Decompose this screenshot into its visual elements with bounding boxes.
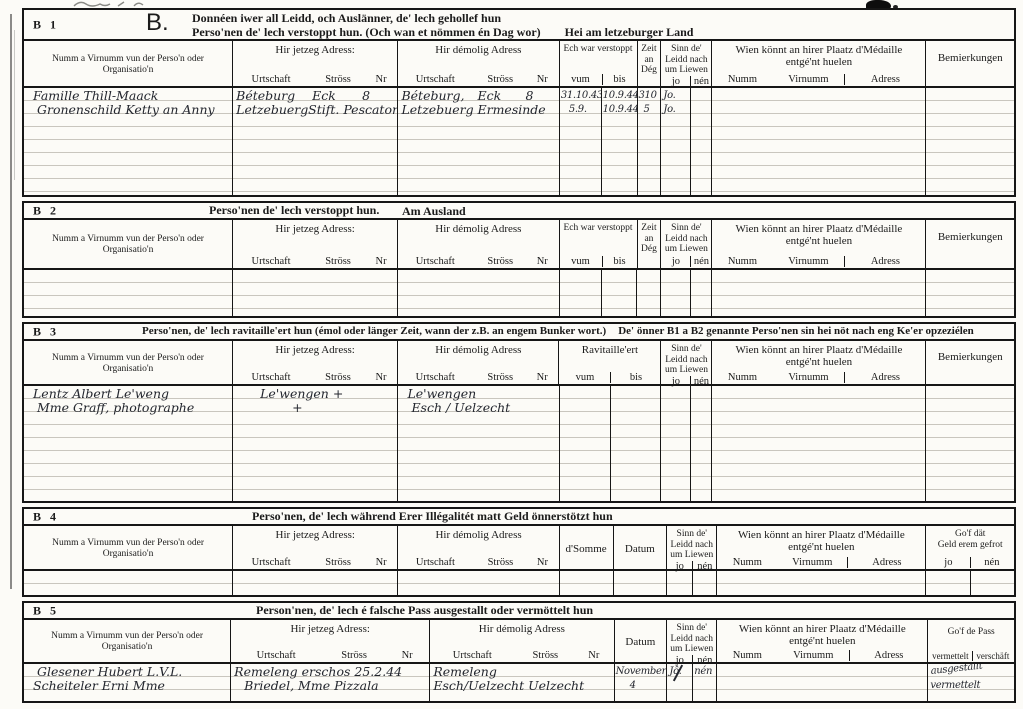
scanned-form-page: B 1 B. Donnéen iwer all Leidd, och Auslä…: [0, 0, 1023, 709]
b3-cell-name: Lentz Albert Le'weng Mme Graff, photogra…: [24, 386, 233, 501]
b4-cell-somme: [560, 571, 614, 595]
b2-cell-sinn-jo: [661, 270, 691, 316]
col-header-zeit-an-deg: ZeitanDég: [638, 41, 662, 86]
col-header-jetzeg-adress: Hir jetzeg Adress: UrtschaftStrössNr: [233, 220, 398, 268]
b3-cell-wien: [712, 386, 926, 501]
b1-cell-wien: [712, 88, 926, 195]
col-header-sinn-leidd: Sinn de'Leidd nachum Liewen jonén: [661, 220, 712, 268]
col-header-jetzeg-adress: Hir jetzeg Adress: UrtschaftStrössNr: [233, 526, 398, 569]
b3-cell-sinn-jo: [661, 386, 691, 501]
hw-entry: 8: [362, 89, 370, 103]
hw-entry: 5: [639, 103, 660, 117]
section-b2-id: B 2: [33, 203, 59, 218]
section-b1-band: B 1 B. Donnéen iwer all Leidd, och Auslä…: [24, 10, 1014, 41]
b1-cell-sinn-jo: Jo. Jo.: [661, 88, 691, 195]
hw-entry: November: [616, 665, 666, 679]
b5-cell-datum: November 4: [615, 664, 668, 701]
hw-entry: Ermesinde: [477, 103, 545, 117]
section-b3-id: B 3: [33, 324, 59, 339]
section-b5-id: B 5: [33, 603, 59, 618]
b3-cell-sinn-nen: [691, 386, 712, 501]
section-b5-column-headers: Numm a Virnumm vun der Perso'n oder Orga…: [24, 620, 1014, 664]
b2-cell-bis: [602, 270, 638, 316]
section-b4-id: B 4: [33, 509, 59, 524]
b4-cell-name: [24, 571, 233, 595]
section-b4: B 4 Perso'nen, de' lech während Erer Ill…: [22, 507, 1016, 597]
b4-cell-sinn-nen: [693, 571, 717, 595]
b2-cell-demolig: [398, 270, 559, 316]
b5-cell-name: Glesener Hubert L.V.L. Scheiteler Erni M…: [24, 664, 231, 701]
col-header-wien-medaille: Wien könnt an hirer Plaatz d'Médaille en…: [717, 620, 928, 662]
b4-cell-gof-geld: [926, 571, 1014, 595]
b3-cell-vum: [560, 386, 611, 501]
b5-cell-wien: [717, 664, 928, 701]
hw-entry: Remeleng erschos 25.2.44: [234, 665, 426, 679]
hw-entry: 5.9.: [561, 103, 600, 117]
b3-cell-bis: [611, 386, 662, 501]
b5-cell-sinn-nen: nén: [693, 664, 717, 701]
hw-entry: 31.10.43: [561, 89, 600, 103]
section-b2-title-right: Am Ausland: [402, 204, 466, 219]
b4-cell-sinn-jo: [667, 571, 693, 595]
col-header-name: Numm a Virnumm vun der Perso'n oder Orga…: [24, 341, 233, 384]
section-b2-band: B 2 Perso'nen de' lech verstoppt hun. Am…: [24, 203, 1014, 220]
col-header-datum: Datum: [615, 620, 668, 662]
col-header-name: Numm a Virnumm vun der Perso'n oder Orga…: [24, 220, 233, 268]
col-header-name: Numm a Virnumm vun der Perso'n oder Orga…: [24, 526, 233, 569]
hw-entry: Scheiteler Erni Mme: [27, 679, 227, 693]
section-b4-data-grid: [24, 571, 1014, 595]
col-header-demolig-adress: Hir démolig Adress UrtschaftStrössNr: [398, 341, 559, 384]
section-b1-id: B 1: [33, 17, 59, 32]
col-header-gof-geld: Go'f dät Geld erem gefrot jonén: [926, 526, 1014, 569]
b4-cell-wien: [717, 571, 926, 595]
b5-cell-demolig: Remeleng Esch/Uelzecht Uelzecht: [430, 664, 614, 701]
section-b4-title: Perso'nen, de' lech während Erer Illégal…: [252, 510, 613, 524]
b2-cell-bemierkungen: [926, 270, 1014, 316]
col-header-jetzeg-adress: Hir jetzeg Adress: UrtschaftStrössNr: [233, 41, 398, 86]
col-header-sinn-leidd: Sinn de'Leidd nachum Liewen jonén: [661, 341, 712, 384]
hw-entry: Le'wengen: [401, 387, 555, 401]
section-b1-title-line1: Donnéen iwer all Leidd, och Auslänner, d…: [192, 12, 693, 26]
section-b3-title-right: De' önner B1 a B2 genannte Perso'nen sin…: [618, 325, 974, 337]
b3-cell-jetzeg: Le'wengen + +: [233, 386, 398, 501]
col-header-bemierkungen: Bemierkungen: [926, 41, 1014, 86]
hw-entry: Esch/Uelzecht Uelzecht: [433, 679, 610, 693]
b3-cell-demolig: Le'wengen Esch / Uelzecht: [398, 386, 559, 501]
b2-cell-name: [24, 270, 233, 316]
section-b5-band: B 5 Person'nen, de' lech é falsche Pass …: [24, 603, 1014, 620]
b5-cell-gof-pass: ausgestallt vermettelt: [928, 664, 1014, 701]
col-header-ech-war-verstoppt: Ech war verstoppt vumbis: [560, 41, 638, 86]
section-b2-column-headers: Numm a Virnumm vun der Perso'n oder Orga…: [24, 220, 1014, 270]
hw-entry: Esch / Uelzecht: [401, 401, 555, 415]
hw-entry: Stift. Pescatore: [308, 103, 398, 117]
hw-entry: Lentz Albert Le'weng: [27, 387, 229, 401]
b1-cell-demolig: Béteburg,Eck8 LetzebuergErmesinde: [398, 88, 559, 195]
col-header-jetzeg-adress: Hir jetzeg Adress: UrtschaftStrössNr: [233, 341, 398, 384]
b2-cell-vum: [560, 270, 602, 316]
hw-entry: 10.9.44: [603, 103, 636, 117]
col-header-wien-medaille: Wien könnt an hirer Plaatz d'Médaille en…: [712, 220, 926, 268]
b2-cell-jetzeg: [233, 270, 398, 316]
b1-cell-vum: 31.10.43 5.9.: [560, 88, 602, 195]
section-b1-title-right: Hei am letzeburger Land: [565, 25, 694, 39]
col-header-datum: Datum: [614, 526, 668, 569]
hw-entry: Béteburg,: [401, 89, 477, 103]
col-header-bemierkungen: Bemierkungen: [926, 341, 1014, 384]
b4-cell-jetzeg: [233, 571, 398, 595]
section-b3-band: B 3 Perso'nen, de' lech ravitaille'ert h…: [24, 324, 1014, 341]
b4-cell-datum: [614, 571, 668, 595]
b1-cell-sinn-nen: [691, 88, 712, 195]
hw-entry: Eck: [477, 89, 525, 103]
b4-cell-demolig: [398, 571, 559, 595]
b2-cell-sinn-nen: [691, 270, 712, 316]
col-header-demolig-adress: Hir démolig Adress UrtschaftStrössNr: [398, 526, 559, 569]
section-b4-column-headers: Numm a Virnumm vun der Perso'n oder Orga…: [24, 526, 1014, 571]
scan-edge-line: [10, 14, 12, 589]
hw-entry: Glesener Hubert L.V.L.: [27, 665, 227, 679]
section-b2-title: Perso'nen de' lech verstoppt hun.: [209, 204, 379, 218]
section-b5-title: Person'nen, de' lech é falsche Pass ausg…: [256, 604, 593, 618]
hw-entry: 4: [616, 679, 666, 693]
section-b1: B 1 B. Donnéen iwer all Leidd, och Auslä…: [22, 8, 1016, 197]
b1-cell-zeit: 310 5: [638, 88, 662, 195]
col-header-sinn-leidd: Sinn de'Leidd nachum Liewen jonén: [661, 41, 712, 86]
col-header-gof-pass: Go'f de Pass vermetteltverschäft: [928, 620, 1014, 662]
hw-entry: Briedel, Mme Pizzala: [234, 679, 426, 693]
hw-entry: Jo.: [663, 89, 688, 103]
hw-entry: Le'wengen +: [236, 387, 394, 401]
col-header-wien-medaille: Wien könnt an hirer Plaatz d'Médaille en…: [712, 41, 926, 86]
b1-cell-bemierkungen: [926, 88, 1014, 195]
b2-cell-zeit: [637, 270, 661, 316]
col-header-name: Numm a Virnumm vun der Perso'n oder Orga…: [24, 41, 233, 86]
col-header-ech-war-verstoppt: Ech war verstoppt vumbis: [560, 220, 638, 268]
section-b5-data-grid: Glesener Hubert L.V.L. Scheiteler Erni M…: [24, 664, 1014, 701]
col-header-jetzeg-adress: Hir jetzeg Adress: UrtschaftStrössNr: [231, 620, 430, 662]
section-b1-title-line2: Perso'nen de' lech verstoppt hun. (Och w…: [192, 25, 541, 39]
col-header-ravitailleert: Ravitaille'ert vumbis: [559, 341, 661, 384]
hw-entry: +: [236, 401, 394, 415]
b5-cell-jetzeg: Remeleng erschos 25.2.44 Briedel, Mme Pi…: [231, 664, 430, 701]
hw-entry: 10.9.44: [603, 89, 636, 103]
hw-entry: Letzebuerg: [401, 103, 477, 117]
col-header-zeit-an-deg: ZeitanDég: [638, 220, 662, 268]
b5-cell-sinn-jo: Jô.: [667, 664, 693, 701]
hw-entry: Remeleng: [433, 665, 610, 679]
section-b5: B 5 Person'nen, de' lech é falsche Pass …: [22, 601, 1016, 703]
form-letter: B.: [146, 10, 169, 36]
section-b1-column-headers: Numm a Virnumm vun der Perso'n oder Orga…: [24, 41, 1014, 88]
b1-cell-bis: 10.9.44 10.9.44: [602, 88, 638, 195]
section-b1-data-grid: Famille Thill-Maack Gronenschild Ketty a…: [24, 88, 1014, 195]
b2-cell-wien: [712, 270, 926, 316]
hw-entry: nén: [694, 665, 715, 679]
col-header-demolig-adress: Hir démolig Adress UrtschaftStrössNr: [398, 220, 559, 268]
col-header-sinn-leidd: Sinn de'Leidd nachum Liewen jonén: [667, 526, 717, 569]
section-b3-column-headers: Numm a Virnumm vun der Perso'n oder Orga…: [24, 341, 1014, 386]
hw-entry: Gronenschild Ketty an Anny: [27, 103, 229, 117]
hw-entry: Béteburg: [236, 89, 312, 103]
hw-entry: Jo.: [663, 103, 688, 117]
hw-entry: 8: [525, 89, 533, 103]
hw-entry: Eck: [312, 89, 362, 103]
col-header-somme: d'Somme: [560, 526, 614, 569]
hw-entry: Famille Thill-Maack: [27, 89, 229, 103]
col-header-name: Numm a Virnumm vun der Perso'n oder Orga…: [24, 620, 231, 662]
section-b2: B 2 Perso'nen de' lech verstoppt hun. Am…: [22, 201, 1016, 318]
scan-edge-line-2: [14, 30, 15, 180]
b3-cell-bemierkungen: [926, 386, 1014, 501]
section-b1-title: Donnéen iwer all Leidd, och Auslänner, d…: [192, 12, 693, 39]
col-header-demolig-adress: Hir démolig Adress UrtschaftStrössNr: [430, 620, 614, 662]
b1-cell-name: Famille Thill-Maack Gronenschild Ketty a…: [24, 88, 233, 195]
hw-entry: ausgestallt: [930, 664, 1013, 678]
col-header-demolig-adress: Hir démolig Adress UrtschaftStrössNr: [398, 41, 559, 86]
hw-entry: Mme Graff, photographe: [27, 401, 229, 415]
hw-entry: Letzebuerg: [236, 103, 308, 117]
section-b3-data-grid: Lentz Albert Le'weng Mme Graff, photogra…: [24, 386, 1014, 501]
col-header-wien-medaille: Wien könnt an hirer Plaatz d'Médaille en…: [717, 526, 926, 569]
section-b3: B 3 Perso'nen, de' lech ravitaille'ert h…: [22, 322, 1016, 503]
col-header-wien-medaille: Wien könnt an hirer Plaatz d'Médaille en…: [712, 341, 926, 384]
section-b4-band: B 4 Perso'nen, de' lech während Erer Ill…: [24, 509, 1014, 526]
col-header-bemierkungen: Bemierkungen: [926, 220, 1014, 268]
col-header-sinn-leidd: Sinn de'Leidd nachum Liewen jonén: [667, 620, 717, 662]
b1-cell-jetzeg: BéteburgEck8 LetzebuergStift. Pescatore: [233, 88, 398, 195]
section-b2-data-grid: [24, 270, 1014, 316]
section-b3-title: Perso'nen, de' lech ravitaille'ert hun (…: [142, 325, 974, 339]
hw-entry: vermettelt: [930, 679, 1012, 693]
hw-entry: 310: [639, 89, 660, 103]
